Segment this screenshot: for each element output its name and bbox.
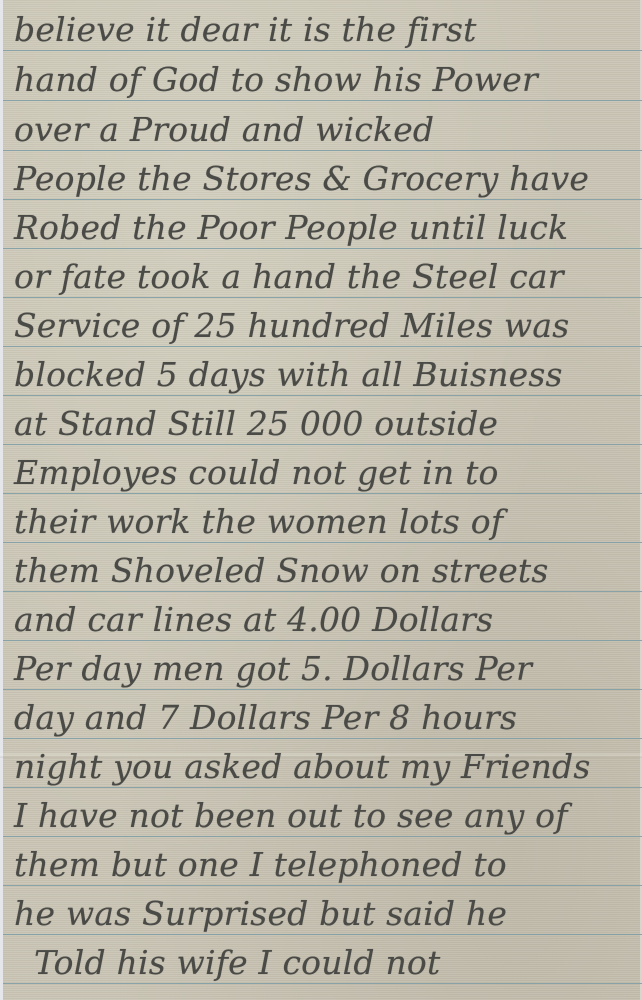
letter-page: believe it dear it is the first hand of …	[0, 0, 642, 1000]
handwritten-line: People the Stores & Grocery have	[14, 155, 634, 203]
handwritten-line: them but one I telephoned to	[14, 841, 634, 889]
handwritten-line: over a Proud and wicked	[14, 106, 634, 154]
handwritten-line: at Stand Still 25 000 outside	[14, 400, 634, 448]
handwritten-line: believe it dear it is the first	[14, 6, 634, 54]
handwritten-line: he was Surprised but said he	[14, 890, 634, 938]
handwritten-line: hand of God to show his Power	[14, 56, 634, 104]
handwritten-line: their work the women lots of	[14, 498, 634, 546]
handwritten-line: them Shoveled Snow on streets	[14, 547, 634, 595]
handwritten-line: blocked 5 days with all Buisness	[14, 351, 634, 399]
handwritten-line: night you asked about my Friends	[14, 743, 634, 791]
handwritten-line: Employes could not get in to	[14, 449, 634, 497]
handwritten-line: Robed the Poor People until luck	[14, 204, 634, 252]
handwritten-line: and car lines at 4.00 Dollars	[14, 596, 634, 644]
handwritten-line: or fate took a hand the Steel car	[14, 253, 634, 301]
handwritten-line: Service of 25 hundred Miles was	[14, 302, 634, 350]
handwritten-line: Per day men got 5. Dollars Per	[14, 645, 634, 693]
handwritten-line: I have not been out to see any of	[14, 792, 634, 840]
handwritten-line: day and 7 Dollars Per 8 hours	[14, 694, 634, 742]
handwritten-line: Told his wife I could not	[34, 939, 642, 987]
